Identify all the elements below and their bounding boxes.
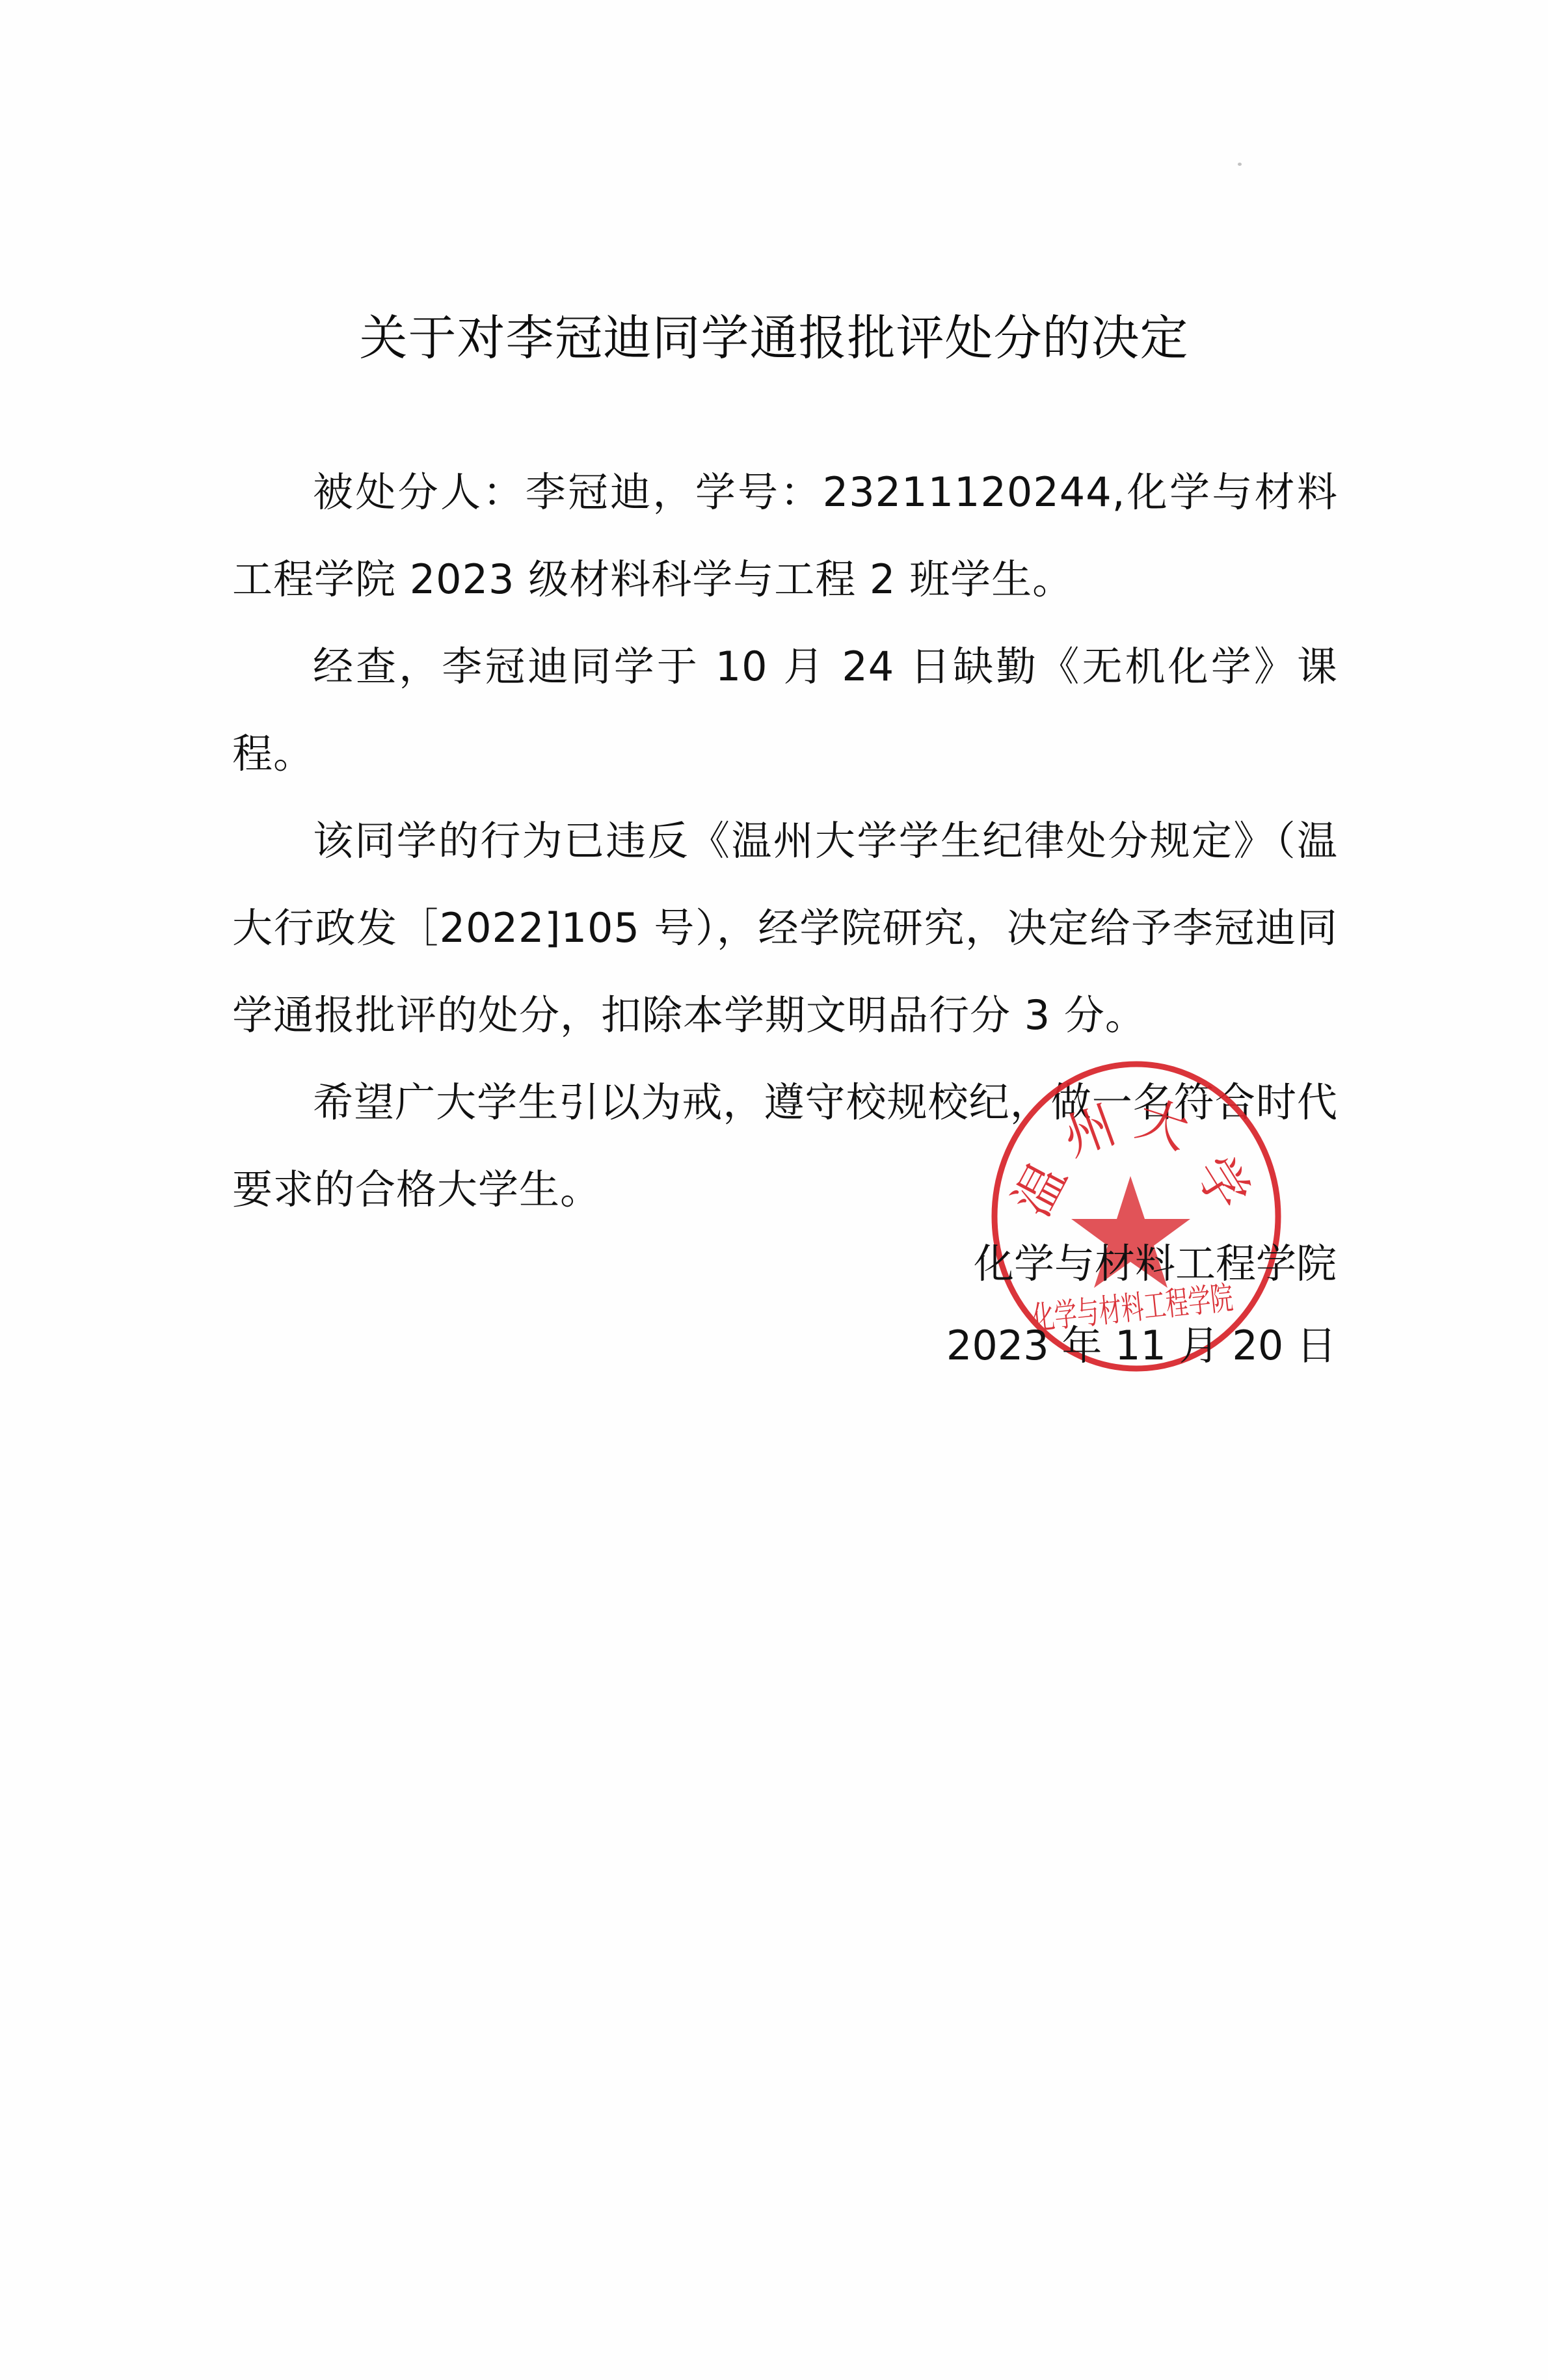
issue-date: 2023 年 11 月 20 日 [946,1305,1337,1387]
seal-char-4: 学 [1183,1146,1260,1220]
seal-char-2: 州 [1056,1095,1124,1168]
paragraph-decision: 该同学的行为已违反《温州大学学生纪律处分规定》（温大行政发［2022]105 号… [232,797,1338,1059]
paragraph-subject: 被处分人：李冠迪，学号：23211120244,化学与材料工程学院 2023 级… [232,449,1338,623]
paragraph-findings: 经查，李冠迪同学于 10 月 24 日缺勤《无机化学》课程。 [232,623,1338,797]
signature-block: 化学与材料工程学院 2023 年 11 月 20 日 [946,1223,1337,1387]
document-title: 关于对李冠迪同学通报批评处分的决定 [0,306,1548,371]
issuing-organization: 化学与材料工程学院 [946,1223,1337,1305]
scan-speck [1238,163,1242,166]
document-page: 关于对李冠迪同学通报批评处分的决定 被处分人：李冠迪，学号：2321112024… [0,0,1548,2380]
seal-char-3: 大 [1129,1090,1195,1161]
seal-char-1: 温 [1003,1153,1078,1225]
